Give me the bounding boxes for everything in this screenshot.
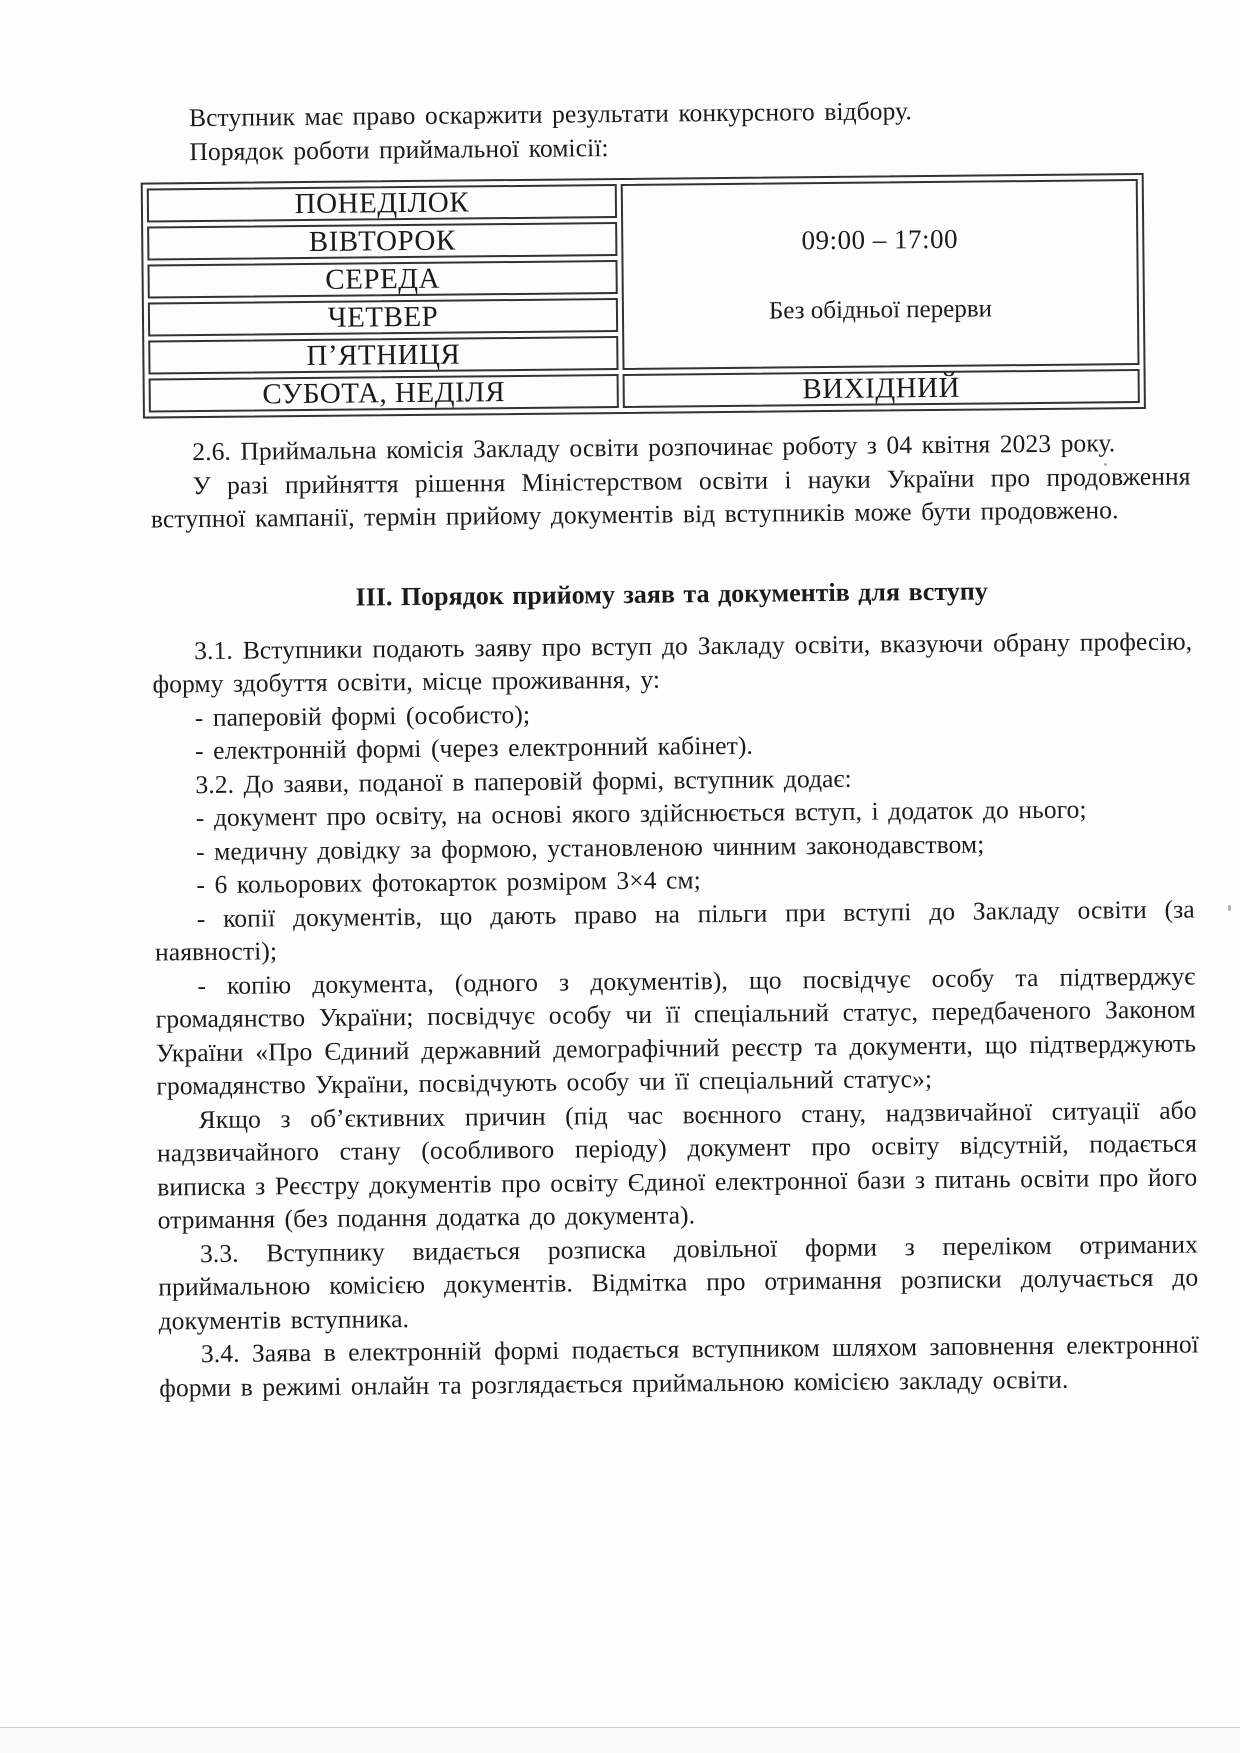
day-cell-wednesday: СЕРЕДА: [147, 260, 617, 299]
day-label: СУБОТА, НЕДІЛЯ: [262, 376, 505, 411]
lunch-break-note: Без обідньої перерви: [769, 295, 992, 325]
day-label: СЕРЕДА: [325, 262, 440, 296]
day-label: ПОНЕДІЛОК: [295, 186, 470, 221]
working-hours: 09:00 – 17:00: [801, 224, 958, 257]
scanner-background: [0, 1728, 1240, 1753]
scan-speck: [1228, 905, 1231, 911]
paragraph-missing-document: Якщо з об’єктивних причин (під час воєнн…: [157, 1093, 1198, 1237]
paragraph-3-1: 3.1. Вступники подають заяву про вступ д…: [152, 624, 1193, 701]
list-item-identity-document: - копію документа, (одного з документів)…: [155, 959, 1196, 1103]
section-heading-3: ІІІ. Порядок прийому заяв та документів …: [152, 572, 1192, 616]
weekend-label: ВИХІДНИЙ: [802, 371, 960, 406]
day-label: ЧЕТВЕР: [328, 300, 439, 334]
paragraph-3-3: 3.3. Вступнику видається розписка довіль…: [158, 1227, 1199, 1337]
day-cell-tuesday: ВІВТОРОК: [147, 222, 617, 261]
work-schedule-table: ПОНЕДІЛОК ВІВТОРОК СЕРЕДА ЧЕТВЕР П’ЯТНИЦ…: [141, 173, 1146, 419]
weekend-cell: ВИХІДНИЙ: [623, 369, 1140, 408]
days-column: ПОНЕДІЛОК ВІВТОРОК СЕРЕДА ЧЕТВЕР П’ЯТНИЦ…: [145, 182, 621, 415]
scanned-page: Вступник має право оскаржити результати …: [0, 0, 1240, 1753]
list-item-benefit-documents: - копії документів, що дають право на пі…: [155, 892, 1196, 969]
day-label: П’ЯТНИЦЯ: [306, 338, 460, 372]
scan-speck: [870, 1248, 873, 1251]
page-content: Вступник має право оскаржити результати …: [0, 0, 1240, 1406]
paragraph-ministry-decision: У разі прийняття рішення Міністерством о…: [150, 459, 1191, 536]
day-cell-weekend-days: СУБОТА, НЕДІЛЯ: [149, 374, 619, 413]
working-hours-cell: 09:00 – 17:00 Без обідньої перерви: [621, 179, 1140, 370]
day-label: ВІВТОРОК: [309, 224, 456, 258]
scan-speck: [1104, 463, 1107, 466]
day-cell-monday: ПОНЕДІЛОК: [147, 184, 617, 223]
day-cell-friday: П’ЯТНИЦЯ: [148, 336, 618, 375]
day-cell-thursday: ЧЕТВЕР: [148, 298, 618, 337]
paragraph-3-4: 3.4. Заява в електронній формі подається…: [159, 1327, 1200, 1404]
hours-column: 09:00 – 17:00 Без обідньої перерви ВИХІД…: [619, 177, 1142, 410]
